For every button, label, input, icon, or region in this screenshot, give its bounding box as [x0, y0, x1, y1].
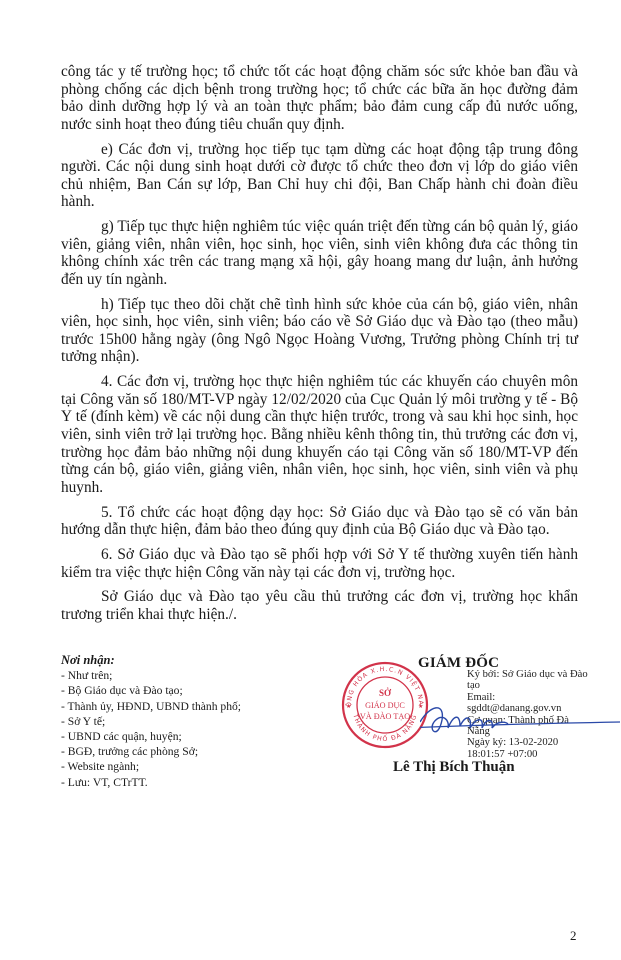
signature-info-line: sgddt@danang.gov.vn — [467, 703, 617, 714]
signer-name: Lê Thị Bích Thuận — [393, 759, 515, 776]
paragraph: 6. Sở Giáo dục và Đào tạo sẽ phối hợp vớ… — [61, 546, 578, 581]
paragraph: Sở Giáo dục và Đào tạo yêu cầu thủ trưởn… — [61, 588, 578, 623]
svg-text:GIÁO DỤC: GIÁO DỤC — [365, 700, 405, 710]
paragraph: 4. Các đơn vị, trường học thực hiện nghi… — [61, 373, 578, 496]
recipient-item: - Thành ủy, HĐND, UBND thành phố; — [61, 699, 321, 714]
paragraph: công tác y tế trường học; tổ chức tốt cá… — [61, 63, 578, 133]
recipient-item: - Sở Y tế; — [61, 714, 321, 729]
paragraph: h) Tiếp tục theo dõi chặt chẽ tình hình … — [61, 296, 578, 366]
signature-info-line: Nẵng — [467, 726, 617, 737]
signature-info-line: Email: — [467, 692, 617, 703]
document-body: công tác y tế trường học; tổ chức tốt cá… — [61, 63, 578, 631]
svg-text:VÀ ĐÀO TẠO: VÀ ĐÀO TẠO — [360, 711, 410, 721]
recipients-list: - Như trên;- Bộ Giáo dục và Đào tạo;- Th… — [61, 668, 321, 790]
paragraph: e) Các đơn vị, trường học tiếp tục tạm d… — [61, 141, 578, 211]
signature-info-line: Ngày ký: 13-02-2020 — [467, 737, 617, 748]
recipients-block: Nơi nhận: - Như trên;- Bộ Giáo dục và Đà… — [61, 653, 321, 790]
recipient-item: - UBND các quận, huyện; — [61, 729, 321, 744]
svg-text:SỞ: SỞ — [379, 688, 392, 698]
signature-info-line: Cơ quan: Thành phố Đà — [467, 715, 617, 726]
recipient-item: - Lưu: VT, CTrTT. — [61, 775, 321, 790]
paragraph: 5. Tổ chức các hoạt động dạy học: Sở Giá… — [61, 504, 578, 539]
signature-info-line: Ký bởi: Sở Giáo dục và Đào — [467, 669, 617, 680]
signature-info-line: tạo — [467, 680, 617, 691]
page-number: 2 — [570, 928, 577, 944]
digital-signature-info: Ký bởi: Sở Giáo dục và ĐàotạoEmail:sgddt… — [467, 669, 617, 760]
svg-text:★: ★ — [346, 703, 351, 710]
recipient-item: - Bộ Giáo dục và Đào tạo; — [61, 683, 321, 698]
paragraph: g) Tiếp tục thực hiện nghiêm túc việc qu… — [61, 218, 578, 288]
official-stamp-icon: CỘNG HÒA X.H.C.N VIỆT NAM THÀNH PHỐ ĐÀ N… — [341, 661, 429, 749]
recipient-item: - BGĐ, trưởng các phòng Sở; — [61, 744, 321, 759]
svg-text:★: ★ — [418, 703, 423, 710]
recipient-item: - Như trên; — [61, 668, 321, 683]
recipients-heading: Nơi nhận: — [61, 653, 321, 668]
recipient-item: - Website ngành; — [61, 759, 321, 774]
